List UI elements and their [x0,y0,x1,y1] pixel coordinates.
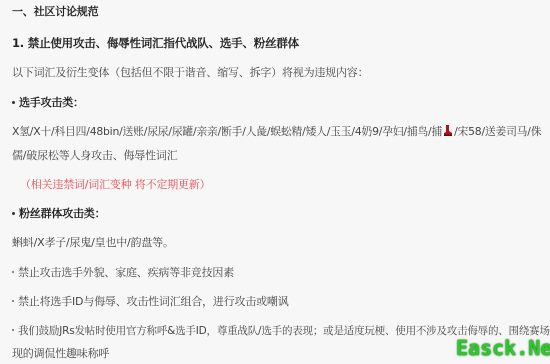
player-attack-heading-label: 选手攻击类： [19,96,84,109]
player-attack-heading: 选手攻击类： [12,96,84,110]
encourage-line-2: 现的调侃性趣味称呼 [12,347,109,361]
player-attack-terms-line-1: X氢/X十/科目四/48bin/送账/尿尿/尿罐/亲亲/断手/人彘/蜈蚣精/矮人… [12,125,541,139]
bullet-icon [12,212,15,215]
bullet-icon [12,300,14,302]
player-attack-terms-line-2: 儒/破尿松等人身攻击、侮辱性词汇 [12,149,178,163]
fan-attack-heading: 粉丝群体攻击类： [12,207,105,221]
rule-item: 禁止将选手ID与侮辱、攻击性词汇组合，进行攻击或嘲讽 [12,295,289,309]
rule-item-text: 禁止将选手ID与侮辱、攻击性词汇组合，进行攻击或嘲讽 [18,295,289,308]
rule-item-text: 禁止攻击选手外貌、家庭、疾病等非竞技因素 [18,266,234,279]
fan-attack-heading-label: 粉丝群体攻击类： [19,207,105,220]
bullet-icon [12,271,14,273]
bullet-icon [12,101,15,104]
red-boot-emoji-icon [443,125,453,136]
rule-item: 禁止攻击选手外貌、家庭、疾病等非竞技因素 [12,266,234,280]
update-note: （相关违禁词/词汇变种 将不定期更新） [20,178,210,192]
player-attack-terms-part-1: X氢/X十/科目四/48bin/送账/尿尿/尿罐/亲亲/断手/人彘/蜈蚣精/矮人… [12,125,442,138]
player-attack-terms-part-2: /宋58/送姜司马/侏 [454,125,541,138]
intro-text: 以下词汇及衍生变体（包括但不限于谐音、缩写、拆字）将视为违规内容： [12,66,368,80]
section-heading: 一、社区讨论规范 [12,5,98,19]
watermark-logo: Easck.Net [456,336,550,360]
bullet-icon [12,329,14,331]
fan-attack-terms: 蝌蚪/X孝子/尿鬼/皇也中/韵盘等。 [12,236,174,250]
rule-1-title: 1. 禁止使用攻击、侮辱性词汇指代战队、选手、粉丝群体 [12,36,299,50]
